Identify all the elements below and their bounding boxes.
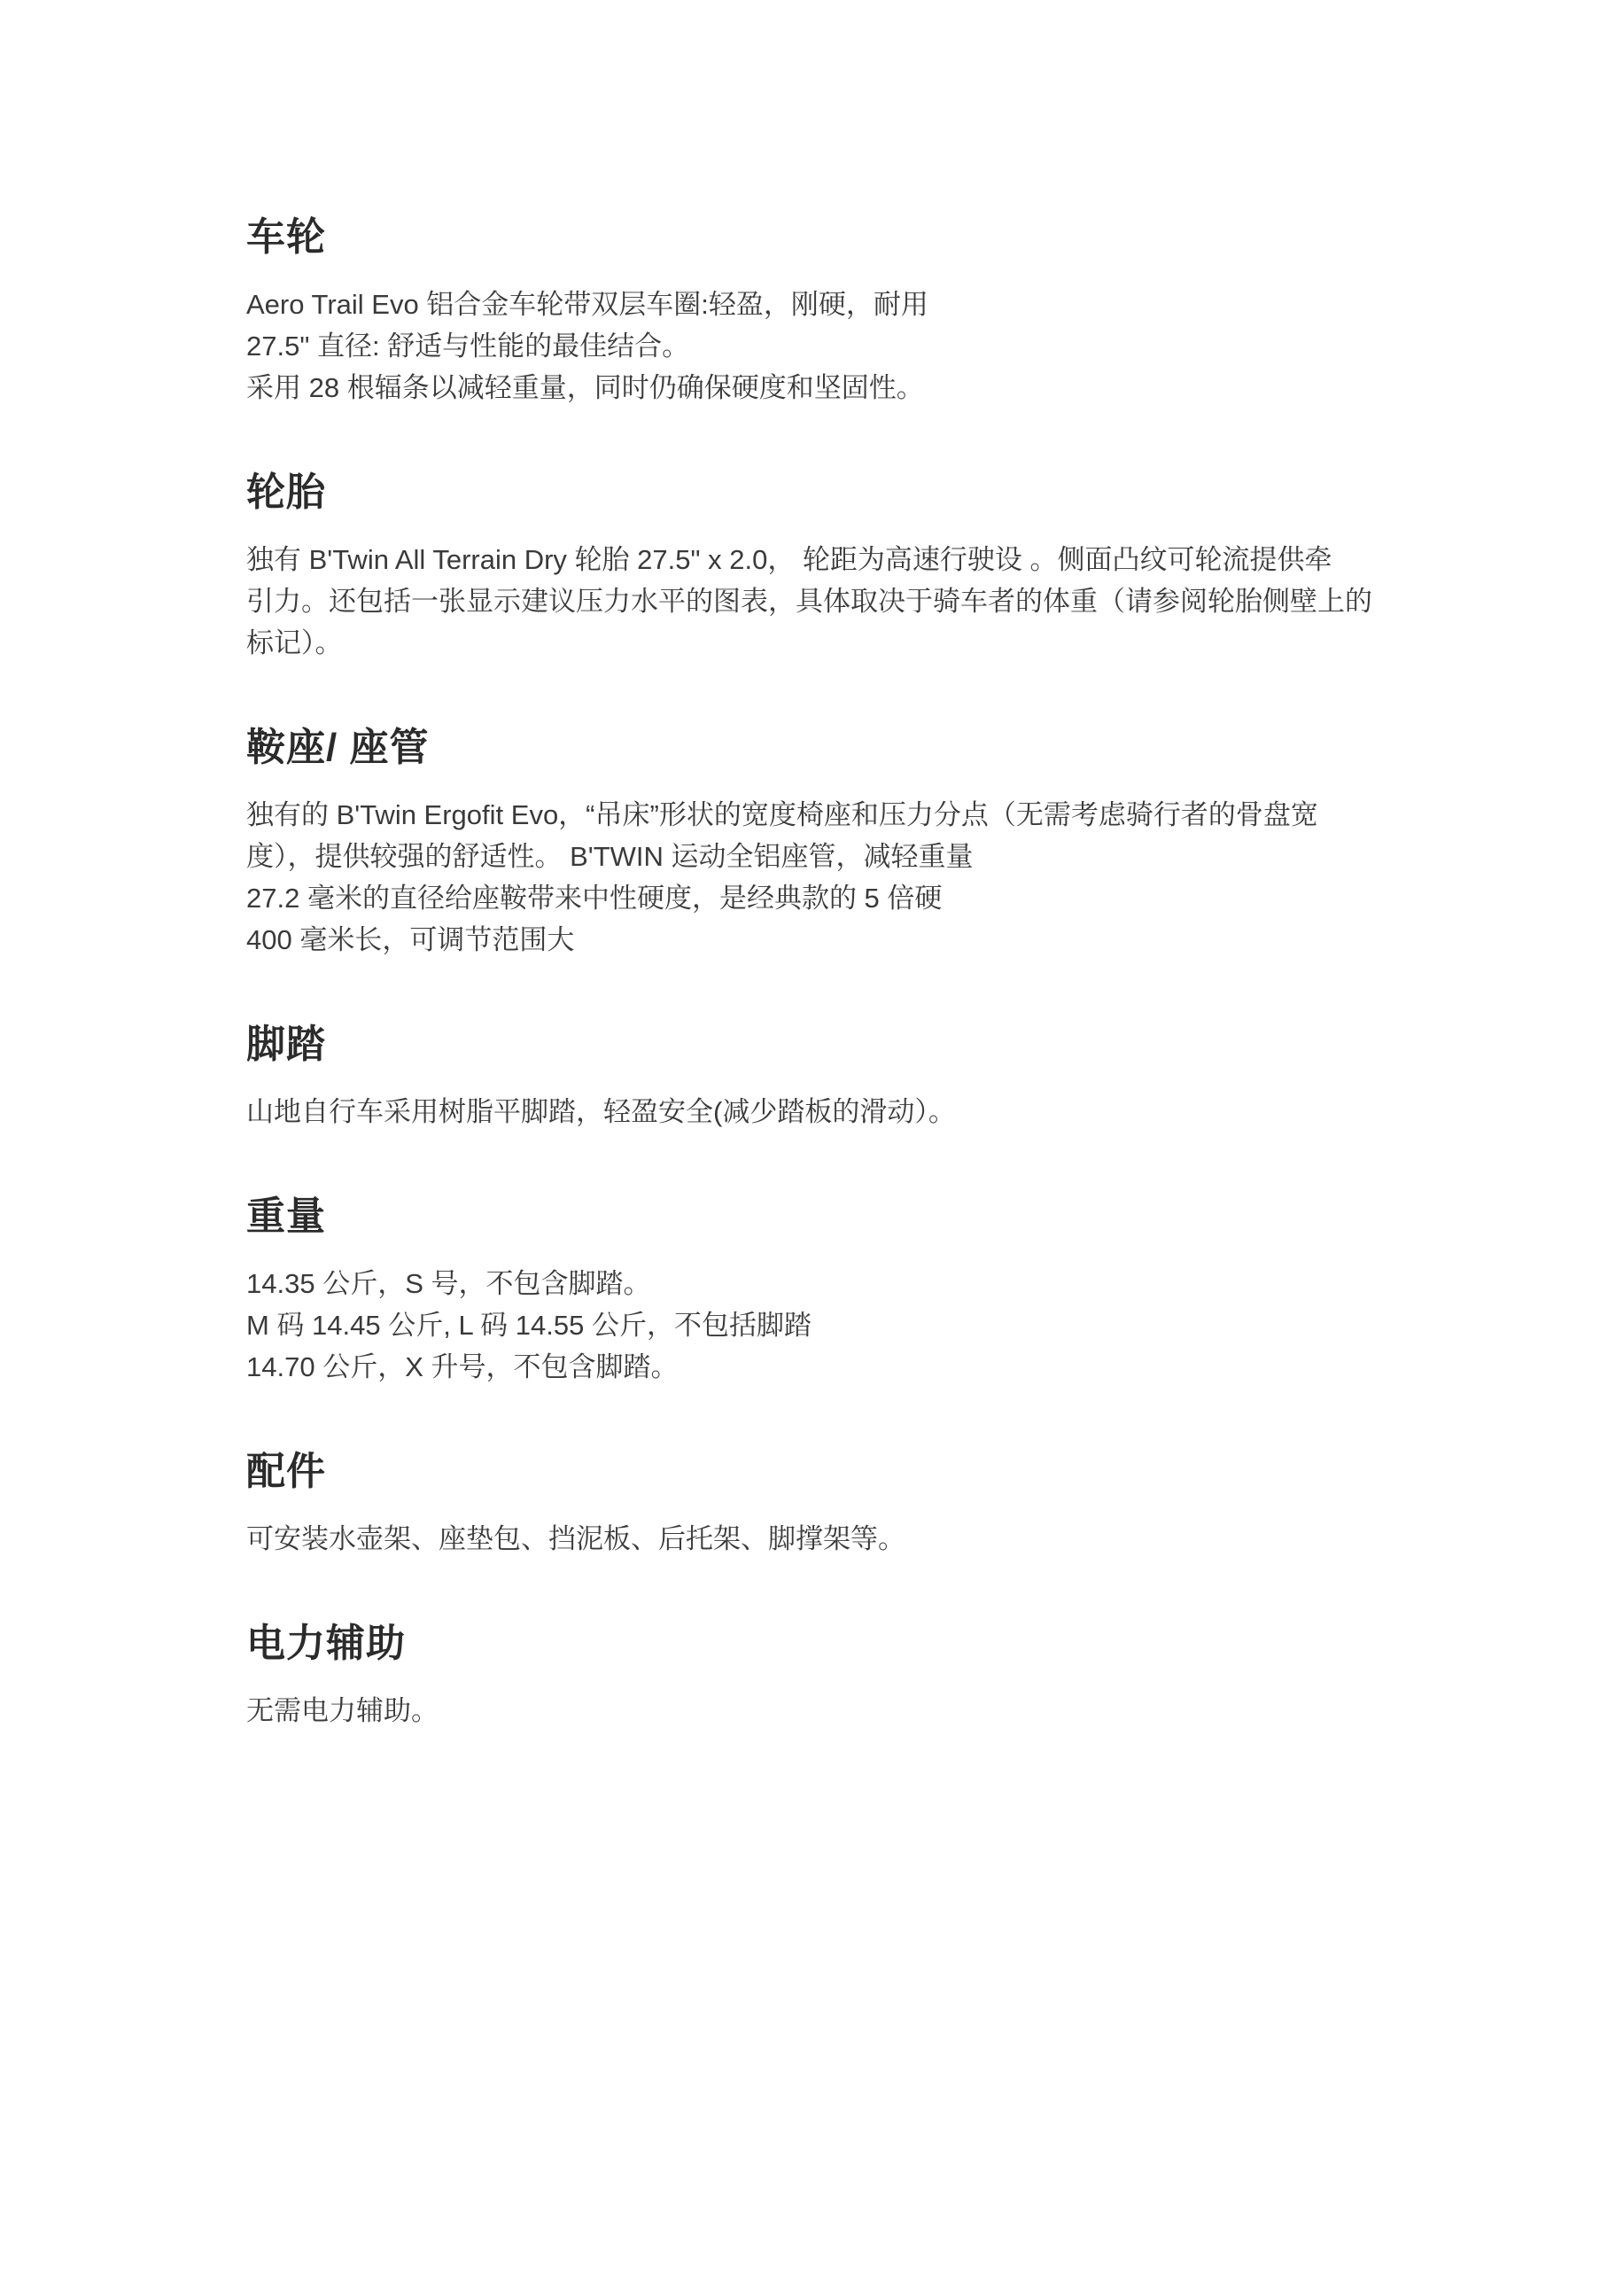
paragraph-line: Aero Trail Evo 铝合金车轮带双层车圈:轻盈，刚硬，耐用: [246, 284, 1398, 325]
paragraph-line: 400 毫米长，可调节范围大: [246, 919, 1398, 961]
paragraph-line: 独有 B'Twin All Terrain Dry 轮胎 27.5" x 2.0…: [246, 539, 1398, 580]
paragraph-line: 27.5" 直径: 舒适与性能的最佳结合。: [246, 325, 1398, 367]
section-heading-saddle-seatpost: 鞍座/ 座管: [246, 725, 1398, 771]
paragraph-line: 采用 28 根辐条以减轻重量，同时仍确保硬度和坚固性。: [246, 367, 1398, 409]
section-heading-tires: 轮胎: [246, 470, 1398, 516]
section-power-assist: 电力辅助 无需电力辅助。: [246, 1621, 1398, 1732]
section-heading-power-assist: 电力辅助: [246, 1621, 1398, 1667]
section-heading-accessories: 配件: [246, 1449, 1398, 1495]
section-heading-weight: 重量: [246, 1194, 1398, 1240]
paragraph-line: 独有的 B'Twin Ergofit Evo，“吊床”形状的宽度椅座和压力分点（…: [246, 794, 1398, 836]
paragraph-line: 山地自行车采用树脂平脚踏，轻盈安全(减少踏板的滑动）。: [246, 1091, 1398, 1132]
paragraph-line: 标记）。: [246, 622, 1398, 664]
section-weight: 重量 14.35 公斤，S 号，不包含脚踏。 M 码 14.45 公斤, L 码…: [246, 1194, 1398, 1388]
paragraph-line: 14.35 公斤，S 号，不包含脚踏。: [246, 1263, 1398, 1304]
section-pedals: 脚踏 山地自行车采用树脂平脚踏，轻盈安全(减少踏板的滑动）。: [246, 1022, 1398, 1132]
paragraph-line: 引力。还包括一张显示建议压力水平的图表，具体取决于骑车者的体重（请参阅轮胎侧壁上…: [246, 580, 1398, 622]
paragraph-line: 14.70 公斤，X 升号，不包含脚踏。: [246, 1346, 1398, 1388]
paragraph-line: 可安装水壶架、座垫包、挡泥板、后托架、脚撑架等。: [246, 1518, 1398, 1560]
document-page: 车轮 Aero Trail Evo 铝合金车轮带双层车圈:轻盈，刚硬，耐用 27…: [0, 0, 1623, 2296]
paragraph-line: 度），提供较强的舒适性。 B'TWIN 运动全铝座管，减轻重量: [246, 836, 1398, 877]
section-heading-wheels: 车轮: [246, 214, 1398, 261]
paragraph-line: 无需电力辅助。: [246, 1690, 1398, 1732]
section-tires: 轮胎 独有 B'Twin All Terrain Dry 轮胎 27.5" x …: [246, 470, 1398, 664]
section-accessories: 配件 可安装水壶架、座垫包、挡泥板、后托架、脚撑架等。: [246, 1449, 1398, 1560]
document-content: 车轮 Aero Trail Evo 铝合金车轮带双层车圈:轻盈，刚硬，耐用 27…: [246, 0, 1398, 1793]
paragraph-line: M 码 14.45 公斤, L 码 14.55 公斤，不包括脚踏: [246, 1304, 1398, 1346]
section-wheels: 车轮 Aero Trail Evo 铝合金车轮带双层车圈:轻盈，刚硬，耐用 27…: [246, 214, 1398, 409]
section-heading-pedals: 脚踏: [246, 1022, 1398, 1068]
paragraph-line: 27.2 毫米的直径给座鞍带来中性硬度，是经典款的 5 倍硬: [246, 877, 1398, 919]
section-saddle-seatpost: 鞍座/ 座管 独有的 B'Twin Ergofit Evo，“吊床”形状的宽度椅…: [246, 725, 1398, 961]
